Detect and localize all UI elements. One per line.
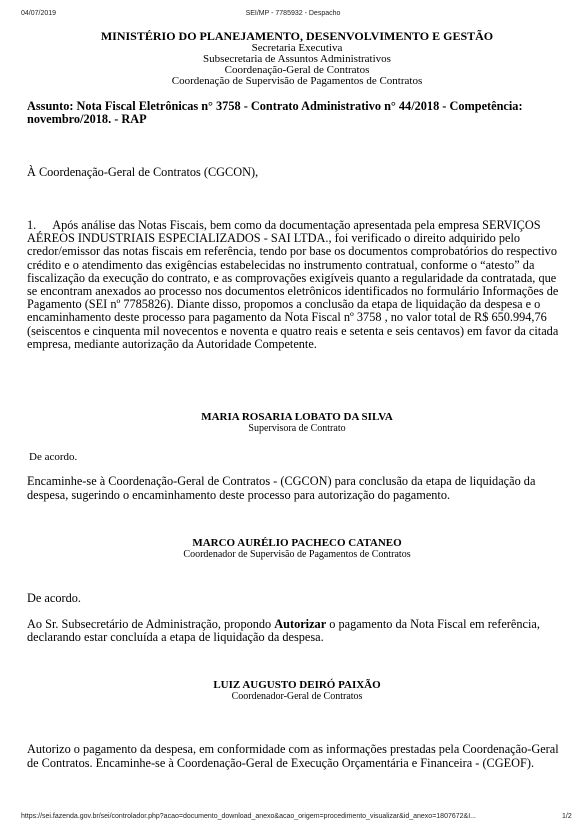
org-line-coordination: Coordenação de Supervisão de Pagamentos … [27, 76, 567, 87]
subject-line: Assunto: Nota Fiscal Eletrônicas n° 3758… [27, 100, 567, 126]
signer-role: Supervisora de Contrato [27, 423, 567, 435]
print-title: SEI/MP - 7785932 - Despacho [0, 10, 586, 17]
signature-block: MARIA ROSARIA LOBATO DA SILVA Supervisor… [27, 411, 567, 435]
page-number: 1/2 [562, 813, 572, 820]
signer-name: MARCO AURÉLIO PACHECO CATANEO [27, 537, 567, 549]
forward-text: Ao Sr. Subsecretário de Administração, p… [27, 618, 567, 645]
paragraph-number: 1. [27, 218, 36, 232]
forward-text: Encaminhe-se à Coordenação-Geral de Cont… [27, 475, 567, 502]
signer-name: MARIA ROSARIA LOBATO DA SILVA [27, 411, 567, 423]
signer-name: LUIZ AUGUSTO DEIRÓ PAIXÃO [27, 679, 567, 691]
addressee: À Coordenação-Geral de Contratos (CGCON)… [27, 166, 567, 179]
signer-role: Coordenador de Supervisão de Pagamentos … [27, 549, 567, 561]
paragraph-1: 1.Após análise das Notas Fiscais, bem co… [27, 219, 567, 351]
document-body: MINISTÉRIO DO PLANEJAMENTO, DESENVOLVIME… [27, 30, 567, 770]
signature-block: LUIZ AUGUSTO DEIRÓ PAIXÃO Coordenador-Ge… [27, 679, 567, 703]
forward-text-start: Ao Sr. Subsecretário de Administração, p… [27, 617, 274, 631]
authorization-text: Autorizo o pagamento da despesa, em conf… [27, 743, 567, 770]
forward-text-emphasis: Autorizar [274, 617, 326, 631]
document-url: https://sei.fazenda.gov.br/sei/controlad… [21, 813, 476, 820]
print-header: 04/07/2019 SEI/MP - 7785932 - Despacho [0, 10, 586, 20]
paragraph-text: Após análise das Notas Fiscais, bem como… [27, 218, 558, 351]
signature-block: MARCO AURÉLIO PACHECO CATANEO Coordenado… [27, 537, 567, 561]
print-footer: https://sei.fazenda.gov.br/sei/controlad… [0, 813, 586, 823]
agreement-text: De acordo. [27, 592, 567, 605]
signer-role: Coordenador-Geral de Contratos [27, 691, 567, 703]
organization-header: MINISTÉRIO DO PLANEJAMENTO, DESENVOLVIME… [27, 30, 567, 87]
agreement-text: De acordo. [27, 451, 567, 464]
